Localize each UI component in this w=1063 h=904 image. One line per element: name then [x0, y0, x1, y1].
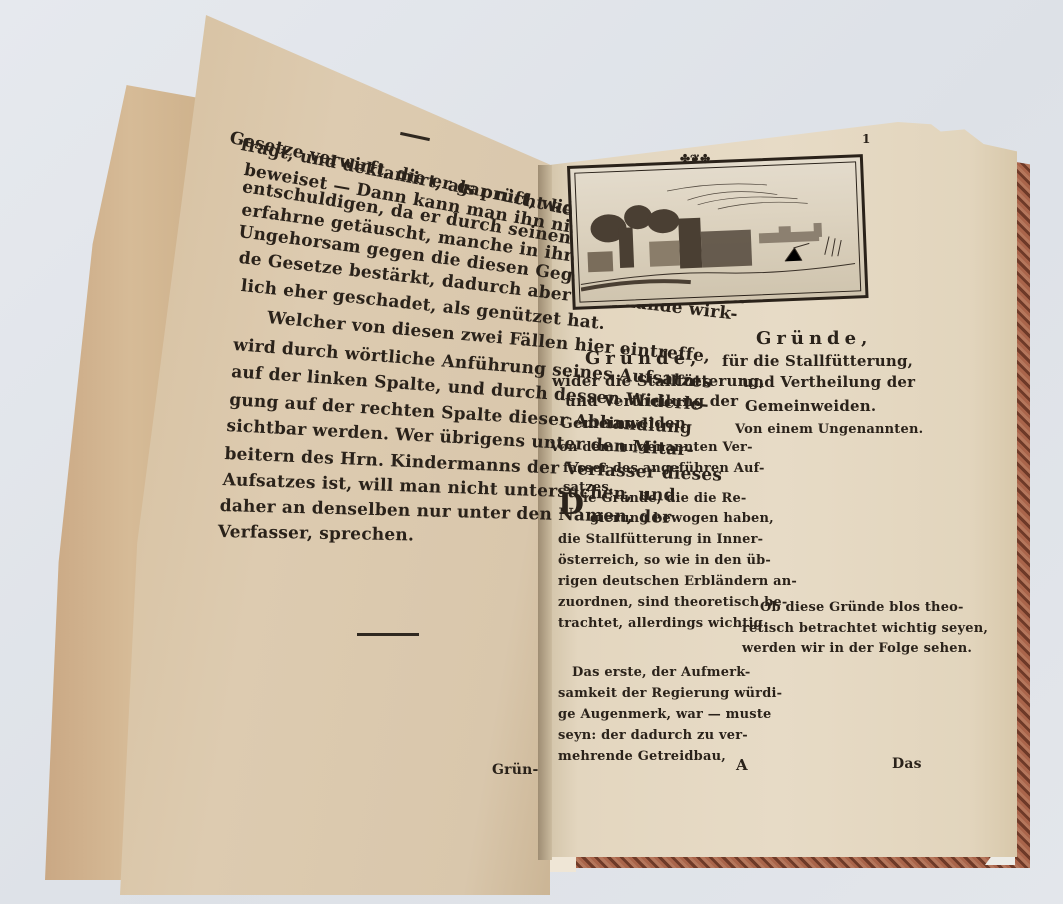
- column-heading-right: Gründe,: [756, 328, 872, 349]
- signature-mark: A: [736, 756, 748, 774]
- drop-cap: D: [558, 487, 584, 522]
- engraved-vignette: [567, 154, 869, 310]
- body-line: mehrende Getreidbau,: [558, 749, 726, 764]
- page-number: 1: [862, 132, 871, 146]
- catchword: Grün-: [492, 762, 539, 778]
- body-line: rigen deutschen Erbländern an-: [558, 574, 797, 589]
- body-line: Das erste, der Aufmerk-: [572, 665, 751, 680]
- catchword: Das: [892, 756, 922, 772]
- column-heading-left: Gründe,: [585, 348, 701, 369]
- body-line: zuordnen, sind theoretisch be-: [558, 595, 787, 610]
- body-line: gierung bewogen haben,: [590, 511, 774, 526]
- byline-line: Von einem Ungenannten.: [735, 422, 923, 437]
- landscape-engraving-icon: [576, 164, 856, 297]
- closing-rule: [357, 633, 419, 636]
- body-line: werden wir in der Folge sehen.: [742, 641, 972, 656]
- text-line: Verfasser, sprechen.: [218, 522, 415, 545]
- body-line: samkeit der Regierung würdi-: [558, 686, 782, 701]
- body-line: ie Gründe, die die Re-: [583, 491, 747, 506]
- body-line: ge Augenmerk, war — muste: [558, 707, 772, 722]
- byline-line: fasser des angeführen Auf-: [563, 461, 765, 476]
- body-line: die Stallfütterung in Inner-: [558, 532, 763, 547]
- subtitle-line: für die Stallfütterung,: [722, 352, 913, 370]
- body-line: Ob diese Gründe blos theo-: [760, 600, 964, 615]
- byline-line: Von dem ungenannten Ver-: [550, 440, 753, 455]
- body-line: trachtet, allerdings wichtig.: [558, 616, 768, 631]
- body-line: retisch betrachtet wichtig seyen,: [742, 621, 988, 636]
- top-rule: [400, 132, 430, 141]
- subtitle-line: und Vertheilung der: [565, 392, 738, 410]
- body-line: seyn: der dadurch zu ver-: [558, 728, 748, 743]
- subtitle-line: Gemeinweiden.: [560, 414, 691, 432]
- subtitle-line: Gemeinweiden.: [745, 397, 876, 415]
- body-line: österreich, so wie in den üb-: [558, 553, 771, 568]
- subtitle-line: wider die Stallfütterung,: [552, 372, 765, 390]
- subtitle-line: und Vertheilung der: [742, 373, 915, 391]
